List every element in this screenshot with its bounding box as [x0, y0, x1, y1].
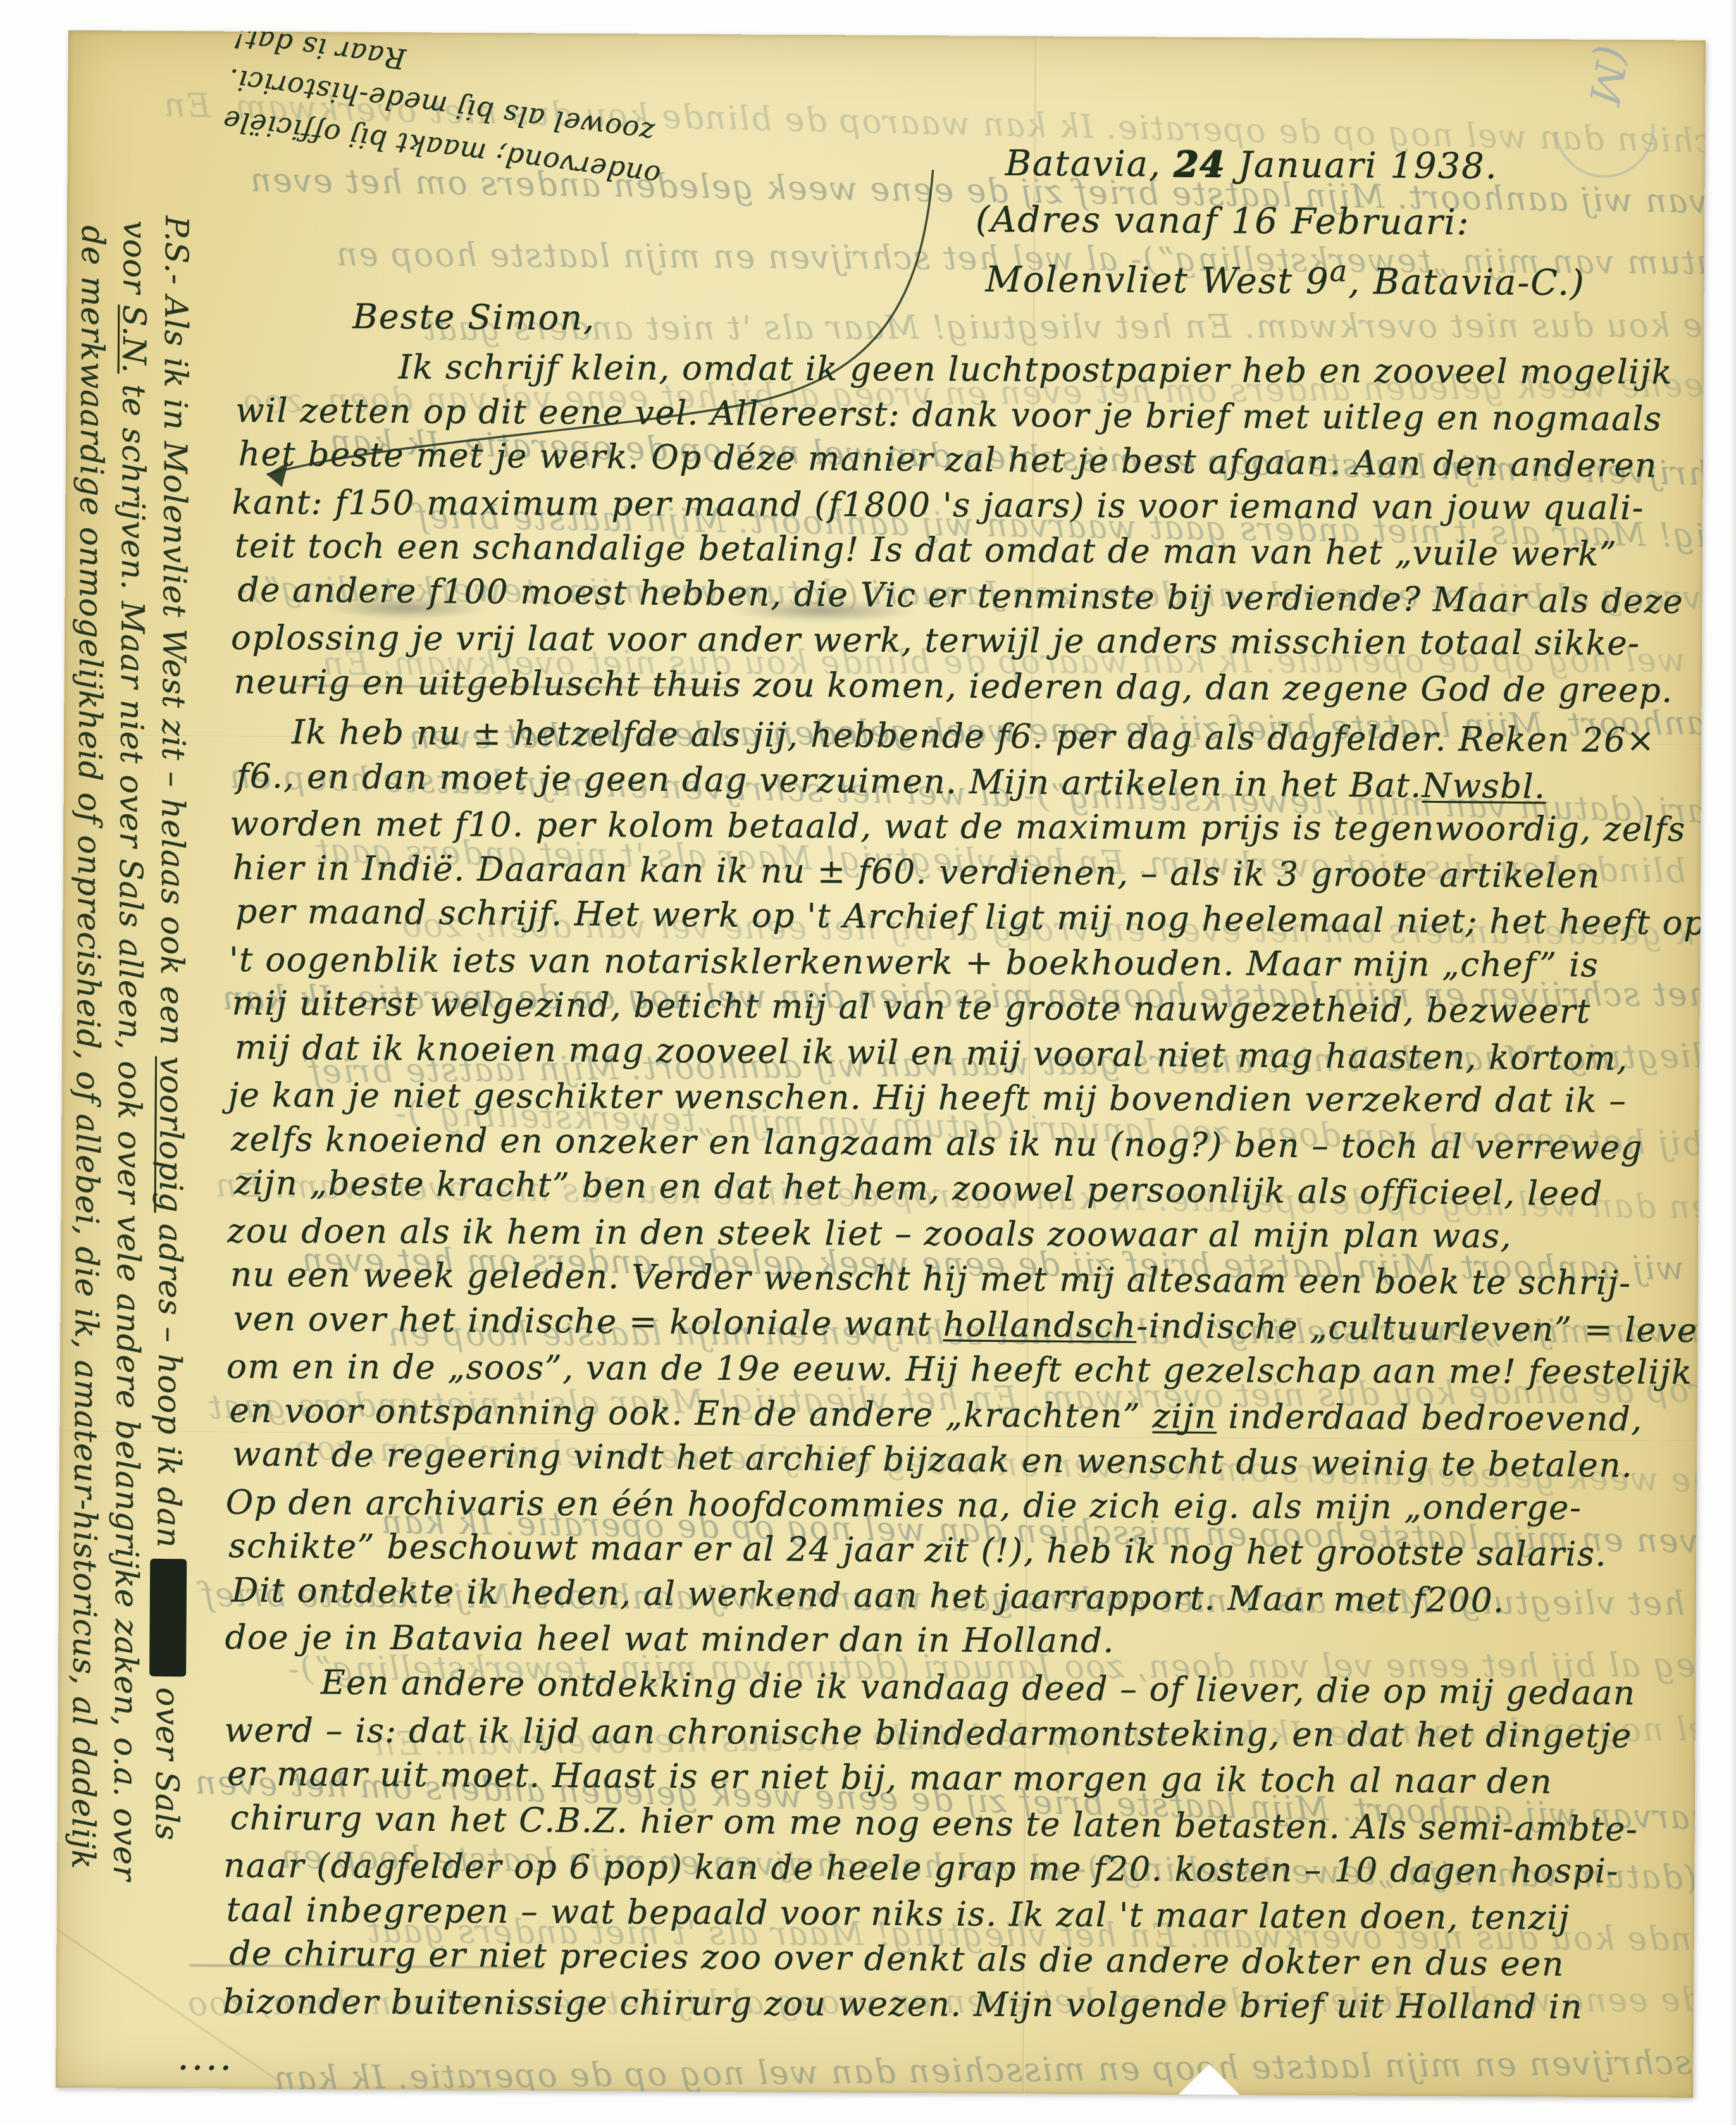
letter-line: mij dat ik knoeien mag zooveel ik wil en…	[235, 1025, 1628, 1081]
scanned-letter-page: misschien dan wel nog op de operatie. Ik…	[0, 0, 1736, 2125]
header-place-date: Batavia, 24 Januari 1938.	[1005, 142, 1498, 187]
header-address-note-1: (Adres vanaf 16 Februari:	[976, 199, 1470, 244]
letter-line: doe je in Batavia heel wat minder dan in…	[225, 1615, 1115, 1664]
letter-line: zijn „beste kracht” ben en dat het hem, …	[234, 1160, 1603, 1217]
letter-line: kant: f150 maximum per maand (f1800 's j…	[232, 480, 1644, 530]
corner-annotation: ondervond; maakt bij officiëlezoowel als…	[220, 30, 788, 211]
archive-stamp: (M	[1579, 42, 1638, 109]
margin-postscript-line: P.S.- Als ik in Molenvliet West zit – he…	[146, 216, 196, 2069]
letter-line: f6., en dan moet je geen dag verzuimen. …	[237, 753, 1546, 809]
letter-line: er maar uit moet. Haast is er niet bij, …	[227, 1752, 1553, 1805]
letter-line: neurig en uitgebluscht thuis zou komen, …	[233, 659, 1673, 713]
letter-line: de chirurg er niet precies zoo over denk…	[229, 1931, 1565, 1986]
letter-line: zou doen als ik hem in den steek liet – …	[227, 1208, 1512, 1258]
letter-line: Ik schrijf klein, omdat ik geen luchtpos…	[399, 345, 1673, 395]
letter-line: oplossing je vrij laat voor ander werk, …	[231, 616, 1640, 666]
letter-line: Op den archivaris en één hoofdcommies na…	[226, 1480, 1582, 1530]
letter-line: Een andere ontdekking die ik vandaag dee…	[321, 1660, 1636, 1716]
letter-line: werd – is: dat ik lijd aan chronische bl…	[224, 1707, 1632, 1758]
letter-line: bizonder buitenissige chirurg zou wezen.…	[223, 1979, 1583, 2029]
salutation: Beste Simon,	[352, 297, 595, 338]
letter-line: Dit ontdekte ik heden, al werkend aan he…	[232, 1568, 1505, 1623]
letter-line: je kan je niet geschikter wenschen. Hij …	[228, 1073, 1627, 1124]
letter-line: worden met f10. per kolom betaald, wat d…	[230, 802, 1686, 852]
bleedthrough-text: al wel het schrijven en mijn laatste hoo…	[273, 2041, 1706, 2097]
letter-line: om en in de „soos”, van de 19e eeuw. Hij…	[226, 1344, 1693, 1395]
letter-line: 't oogenblik iets van notarisklerkenwerk…	[229, 937, 1599, 988]
letter-paper: misschien dan wel nog op de operatie. Ik…	[56, 30, 1706, 2098]
bleedthrough-text: waarop de blinde kou dus niet overkwam. …	[421, 306, 1706, 348]
letter-line: naar (dagfelder op 6 pop) kan de heele g…	[223, 1843, 1619, 1894]
paper-tear	[1178, 2064, 1241, 2098]
header-address-note-2: Molenvliet West 9a, Batavia-C.)	[985, 252, 1585, 304]
scan-edge-shadow	[1730, 0, 1736, 2125]
letter-line: Ik heb nu ± hetzelfde als jij, hebbende …	[292, 710, 1656, 763]
trailing-ellipsis-mark: ....	[177, 2035, 234, 2079]
